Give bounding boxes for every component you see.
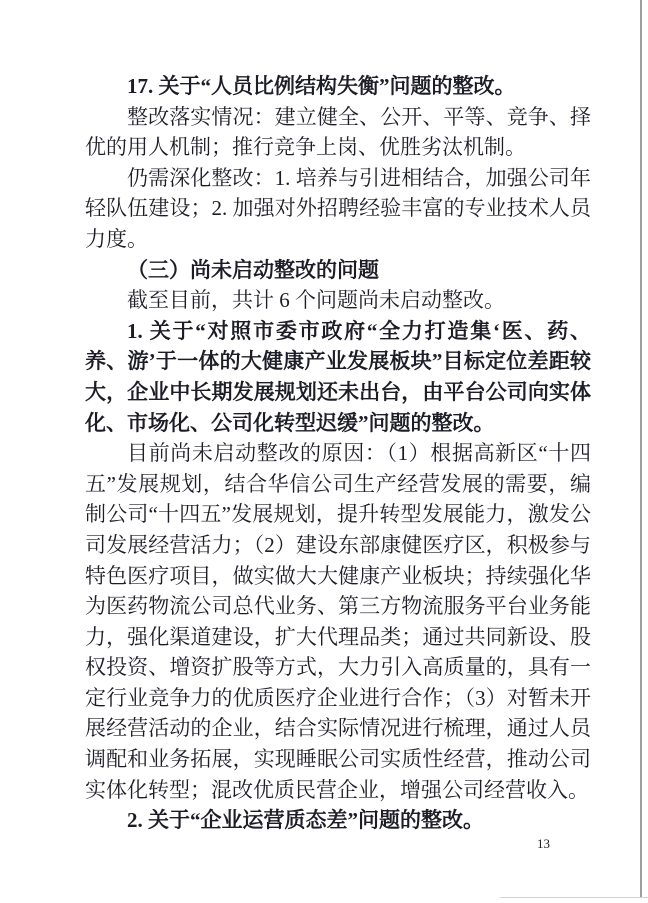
body-paragraph: 目前尚未启动整改的原因：（1）根据高新区“十四五”发展规划，结合华信公司生产经营… xyxy=(85,438,591,805)
window-right-edge xyxy=(640,0,642,897)
body-paragraph: 截至目前，共计 6 个问题尚未启动整改。 xyxy=(85,285,591,316)
page-number: 13 xyxy=(537,836,550,851)
window-bottom-edge xyxy=(500,897,648,898)
body-paragraph: 整改落实情况：建立健全、公开、平等、竞争、择优的用人机制；推行竞争上岗、优胜劣汰… xyxy=(85,102,591,163)
heading-paragraph: 17. 关于“人员比例结构失衡”问题的整改。 xyxy=(85,71,591,102)
document-page: 17. 关于“人员比例结构失衡”问题的整改。整改落实情况：建立健全、公开、平等、… xyxy=(0,0,648,903)
heading-paragraph: 1. 关于“对照市委市政府“全力打造集‘医、药、养、游’于一体的大健康产业发展板… xyxy=(85,316,591,438)
heading-paragraph: （三）尚未启动整改的问题 xyxy=(85,255,591,286)
body-paragraph: 仍需深化整改：1. 培养与引进相结合，加强公司年轻队伍建设；2. 加强对外招聘经… xyxy=(85,163,591,255)
document-body: 17. 关于“人员比例结构失衡”问题的整改。整改落实情况：建立健全、公开、平等、… xyxy=(85,71,591,836)
heading-paragraph: 2. 关于“企业运营质态差”问题的整改。 xyxy=(85,805,591,836)
